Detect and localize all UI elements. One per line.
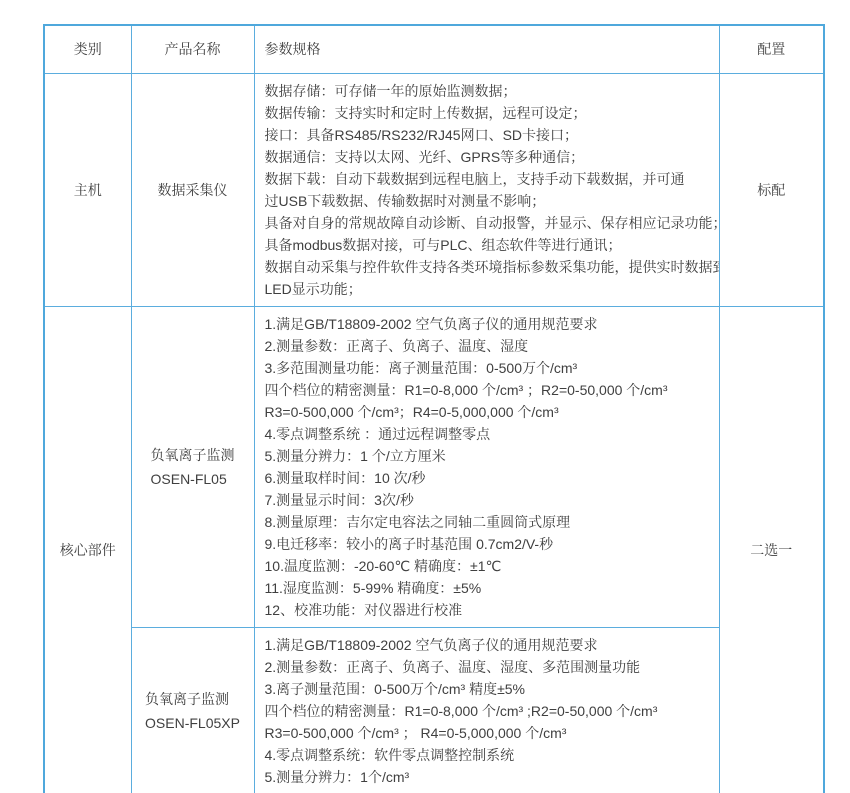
text-line: 8.测量原理：吉尔定电容法之同轴二重圆筒式原理 bbox=[265, 511, 707, 533]
config-cell-standard: 标配 bbox=[719, 73, 824, 306]
text-line: 1.满足GB/T18809-2002 空气负离子仪的通用规范要求 bbox=[265, 634, 707, 656]
product-name-fl05: 负氧离子监测OSEN-FL05 bbox=[151, 443, 235, 491]
text-line: 具备对自身的常规故障自动诊断、自动报警，并显示、保存相应记录功能； bbox=[265, 212, 707, 234]
header-config: 配置 bbox=[719, 25, 824, 73]
text-line: 4.零点调整系统：软件零点调整控制系统 bbox=[265, 744, 707, 766]
header-category: 类别 bbox=[44, 25, 131, 73]
text-line: 11.湿度监测：5-99% 精确度：±5% bbox=[265, 577, 707, 599]
text-line: 负氧离子监测 bbox=[145, 687, 240, 711]
text-line: 3.离子测量范围：0-500万个/cm³ 精度±5% bbox=[265, 678, 707, 700]
text-line: 数据通信：支持以太网、光纤、GPRS等多种通信； bbox=[265, 146, 707, 168]
text-line: 12、校准功能：对仪器进行校准 bbox=[265, 599, 707, 621]
category-cell-core-components: 核心部件 bbox=[44, 306, 131, 793]
text-line: 数据自动采集与控件软件支持各类环境指标参数采集功能，提供实时数据到 bbox=[265, 256, 707, 278]
text-line: 数据下载：自动下载数据到远程电脑上，支持手动下载数据，并可通 bbox=[265, 168, 707, 190]
header-product: 产品名称 bbox=[131, 25, 254, 73]
text-line: R3=0-500,000 个/cm³；R4=0-5,000,000 个/cm³ bbox=[265, 401, 707, 423]
text-line: 接口：具备RS485/RS232/RJ45网口、SD卡接口； bbox=[265, 124, 707, 146]
table-header-row: 类别 产品名称 参数规格 配置 bbox=[44, 25, 824, 73]
text-line: LED显示功能； bbox=[265, 278, 707, 300]
table-row-host: 主机 数据采集仪 数据存储：可存储一年的原始监测数据；数据传输：支持实时和定时上… bbox=[44, 73, 824, 306]
product-cell-data-collector: 数据采集仪 bbox=[131, 73, 254, 306]
category-cell-host: 主机 bbox=[44, 73, 131, 306]
text-line: 2.测量参数：正离子、负离子、温度、湿度 bbox=[265, 335, 707, 357]
text-line: 6.测量取样时间：10 次/秒 bbox=[265, 467, 707, 489]
specs-cell-fl05xp: 1.满足GB/T18809-2002 空气负离子仪的通用规范要求2.测量参数：正… bbox=[254, 627, 719, 793]
text-line: OSEN-FL05 bbox=[151, 467, 235, 491]
text-line: 1.满足GB/T18809-2002 空气负离子仪的通用规范要求 bbox=[265, 313, 707, 335]
text-line: 数据传输：支持实时和定时上传数据，远程可设定； bbox=[265, 102, 707, 124]
text-line: 负氧离子监测 bbox=[151, 443, 235, 467]
table-row-fl05: 核心部件 负氧离子监测OSEN-FL05 1.满足GB/T18809-2002 … bbox=[44, 306, 824, 627]
page: 类别 产品名称 参数规格 配置 主机 数据采集仪 数据存储：可存储一年的原始监测… bbox=[0, 0, 850, 793]
text-line: 5.测量分辨力：1 个/立方厘米 bbox=[265, 445, 707, 467]
text-line: 5.测量分辨力：1个/cm³ bbox=[265, 766, 707, 788]
text-line: R3=0-500,000 个/cm³ ； R4=0-5,000,000 个/cm… bbox=[265, 722, 707, 744]
text-line: 4.零点调整系统 ：通过远程调整零点 bbox=[265, 423, 707, 445]
text-line: 四个档位的精密测量：R1=0-8,000 个/cm³ ；R2=0-50,000 … bbox=[265, 379, 707, 401]
text-line: 3.多范围测量功能：离子测量范围：0-500万个/cm³ bbox=[265, 357, 707, 379]
specs-cell-fl05: 1.满足GB/T18809-2002 空气负离子仪的通用规范要求2.测量参数：正… bbox=[254, 306, 719, 627]
text-line: 7.测量显示时间：3次/秒 bbox=[265, 489, 707, 511]
text-line: OSEN-FL05XP bbox=[145, 711, 240, 735]
product-spec-table: 类别 产品名称 参数规格 配置 主机 数据采集仪 数据存储：可存储一年的原始监测… bbox=[43, 24, 825, 793]
text-line: 2.测量参数：正离子、负离子、温度、湿度、多范围测量功能 bbox=[265, 656, 707, 678]
product-cell-fl05: 负氧离子监测OSEN-FL05 bbox=[131, 306, 254, 627]
specs-cell-data-collector: 数据存储：可存储一年的原始监测数据；数据传输：支持实时和定时上传数据，远程可设定… bbox=[254, 73, 719, 306]
config-cell-choose-one: 二选一 bbox=[719, 306, 824, 793]
text-line: 9.电迁移率：较小的离子时基范围 0.7cm2/V-秒 bbox=[265, 533, 707, 555]
header-specs: 参数规格 bbox=[254, 25, 719, 73]
text-line: 数据存储：可存储一年的原始监测数据； bbox=[265, 80, 707, 102]
table-row-fl05xp: 负氧离子监测OSEN-FL05XP 1.满足GB/T18809-2002 空气负… bbox=[44, 627, 824, 793]
text-line: 10.温度监测：-20-60℃ 精确度：±1℃ bbox=[265, 555, 707, 577]
text-line: 过USB下载数据、传输数据时对测量不影响； bbox=[265, 190, 707, 212]
text-line: 具备modbus数据对接，可与PLC、组态软件等进行通讯； bbox=[265, 234, 707, 256]
product-cell-fl05xp: 负氧离子监测OSEN-FL05XP bbox=[131, 627, 254, 793]
product-name-fl05xp: 负氧离子监测OSEN-FL05XP bbox=[145, 687, 240, 735]
text-line: 四个档位的精密测量：R1=0-8,000 个/cm³ ;R2=0-50,000 … bbox=[265, 700, 707, 722]
